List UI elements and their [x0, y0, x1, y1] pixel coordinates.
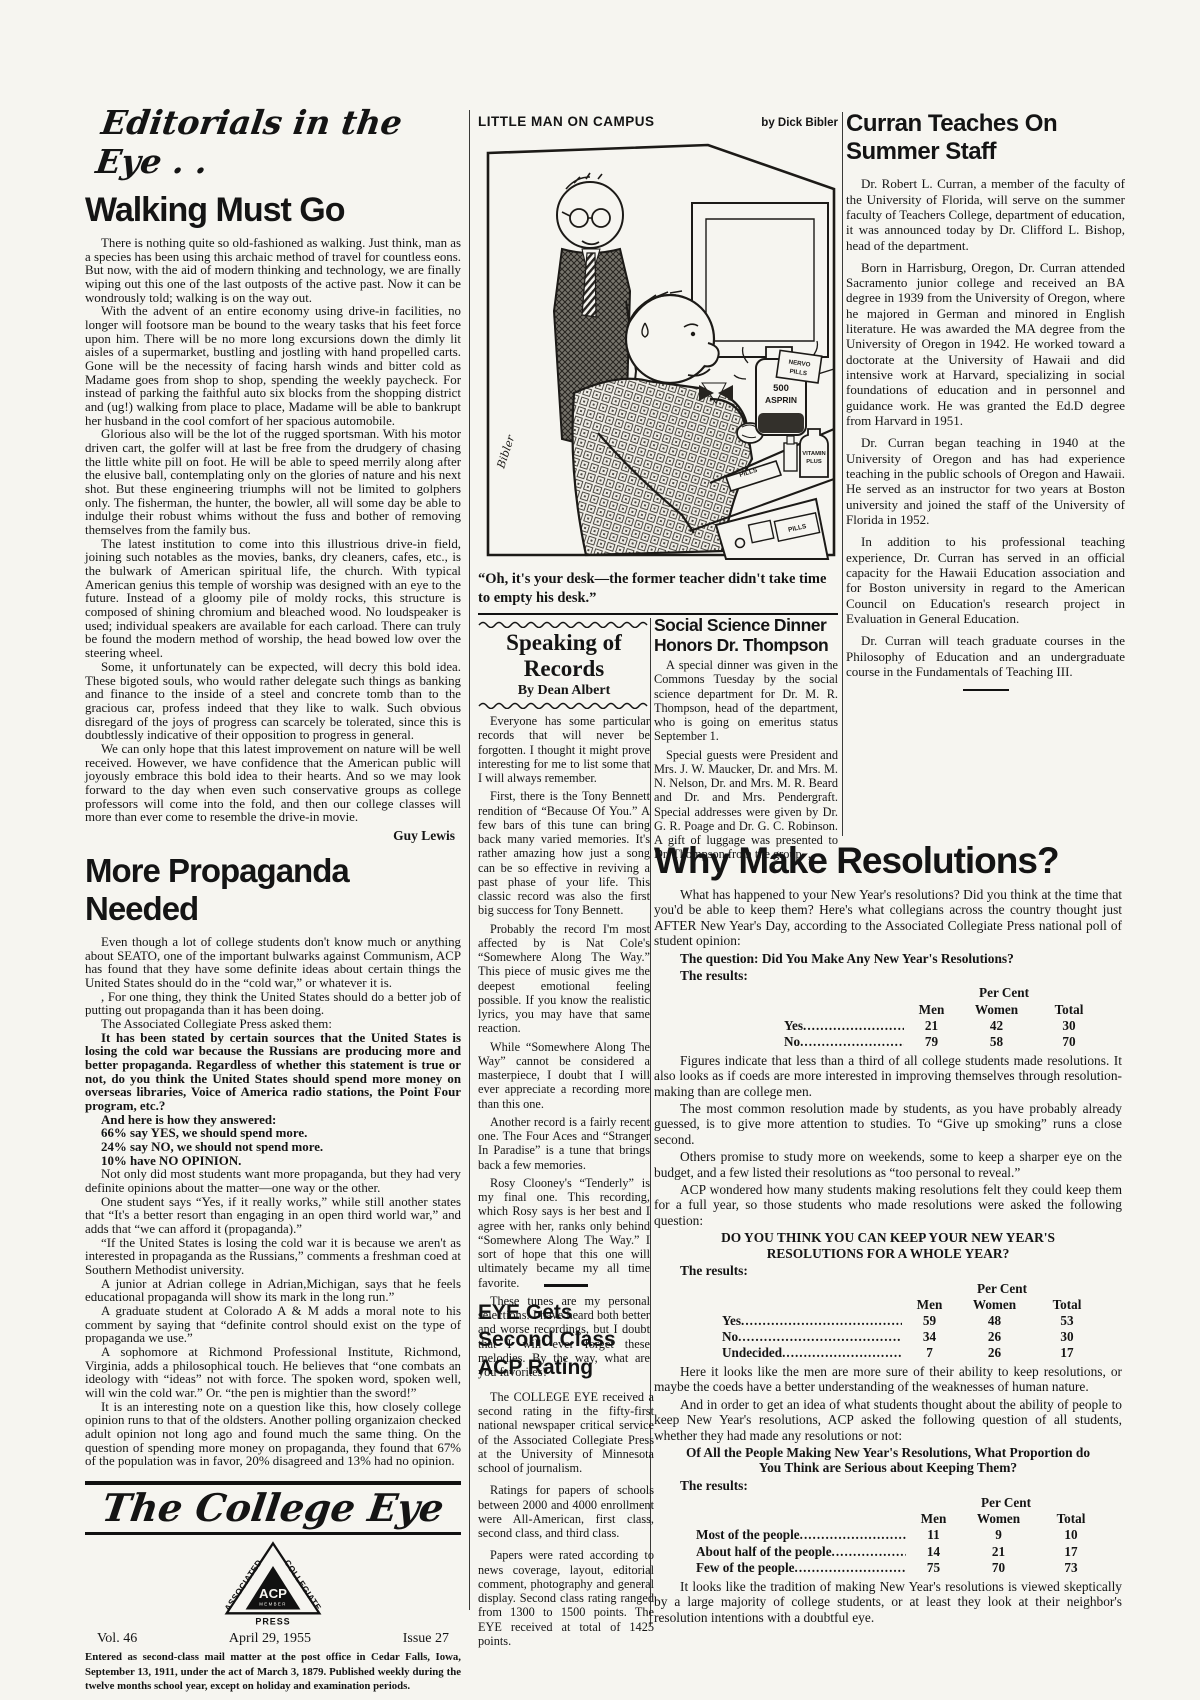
- paragraph: Some, it unfortunately can be expected, …: [85, 661, 461, 743]
- aspirin-name-label: ASPRIN: [765, 395, 797, 405]
- paragraph: With the advent of an entire economy usi…: [85, 305, 461, 428]
- table-row-label: Undecided: [722, 1345, 902, 1361]
- paragraph: 10% have NO OPINION.: [85, 1155, 461, 1169]
- leader-dots: [803, 1018, 904, 1034]
- table-cell-men: 59: [902, 1313, 957, 1329]
- vitamin-label-2: PLUS: [806, 459, 822, 465]
- table-cell-total: 73: [1036, 1560, 1106, 1576]
- paragraph: Here it looks like the men are more sure…: [654, 1364, 1122, 1395]
- masthead-fine-print: Entered as second-class mail matter at t…: [85, 1650, 461, 1694]
- propaganda-headline: More Propaganda Needed: [85, 852, 461, 928]
- editorial-column: Editorials in the Eye . . Walking Must G…: [85, 103, 461, 1700]
- results-label-1: The results:: [654, 968, 1122, 983]
- resolutions-intro: What has happened to your New Year's res…: [654, 887, 1122, 949]
- paragraph: First, there is the Tony Bennett renditi…: [478, 789, 650, 917]
- cartoon-drawing: Bibler: [478, 131, 838, 561]
- records-column: Speaking of Records By Dean Albert Every…: [478, 620, 650, 1383]
- table-cell-women: 42: [959, 1018, 1034, 1034]
- table-cell-total: 53: [1032, 1313, 1102, 1329]
- paragraph: Another record is a fairly recent one. T…: [478, 1115, 650, 1172]
- paragraph: Glorious also will be the lot of the rug…: [85, 428, 461, 537]
- paragraph: Everyone has some particular records tha…: [478, 714, 650, 785]
- aspirin-count-label: 500: [773, 383, 789, 394]
- paragraph: It has been stated by certain sources th…: [85, 1032, 461, 1114]
- curran-article-body: Dr. Robert L. Curran, a member of the fa…: [846, 176, 1125, 679]
- column-header-total: Total: [1034, 1002, 1104, 1018]
- article-end-rule: [963, 689, 1009, 691]
- curran-headline: Curran Teaches On Summer Staff: [846, 110, 1125, 165]
- leader-dots: [832, 1544, 906, 1560]
- paragraph: While “Somewhere Along The Way” cannot b…: [478, 1040, 650, 1111]
- table-cell-women: 70: [961, 1560, 1036, 1576]
- propaganda-article-body: Even though a lot of college students do…: [85, 936, 461, 1469]
- poll-table-2: Per Cent Men Women Total Yes 59 48 53 No…: [722, 1281, 1122, 1361]
- volume-number: Vol. 46: [97, 1631, 137, 1647]
- paragraph: The most common resolution made by stude…: [654, 1101, 1122, 1147]
- table-cell-total: 30: [1032, 1329, 1102, 1345]
- table-cell-total: 10: [1036, 1527, 1106, 1543]
- table-row-label: Yes: [722, 1313, 902, 1329]
- paragraph: 66% say YES, we should spend more.: [85, 1127, 461, 1141]
- paragraph: A special dinner was given in the Common…: [654, 658, 838, 744]
- leader-dots: [741, 1313, 902, 1329]
- table-cell-women: 58: [959, 1034, 1034, 1050]
- table-row-label: Yes: [784, 1018, 904, 1034]
- vitamin-label-1: VITAMIN: [802, 451, 825, 457]
- table-cell-women: 9: [961, 1527, 1036, 1543]
- records-headline: Speaking of Records: [478, 630, 650, 682]
- paragraph: Papers were rated according to news cove…: [478, 1548, 654, 1648]
- paragraph: 24% say NO, we should not spend more.: [85, 1141, 461, 1155]
- cartoon-byline: by Dick Bibler: [761, 117, 838, 129]
- leader-dots: [800, 1034, 904, 1050]
- column-rule-right: [842, 112, 843, 836]
- cartoon-title: LITTLE MAN ON CAMPUS: [478, 114, 655, 129]
- paragraph: Rosy Clooney's “Tenderly” is my final on…: [478, 1176, 650, 1290]
- eye-rating-article-body: The COLLEGE EYE received a second rating…: [478, 1390, 654, 1648]
- column-header-men: Men: [906, 1511, 961, 1527]
- poll-question-3: Of All the People Making New Year's Reso…: [654, 1445, 1122, 1476]
- paragraph: Probably the record I'm most affected by…: [478, 922, 650, 1036]
- acp-logo-press-text: PRESS: [255, 1617, 290, 1627]
- table-row-label: No: [722, 1329, 902, 1345]
- eye-rating-headline: EYE Gets Second Class ACP Rating: [478, 1299, 654, 1381]
- table-cell-women: 48: [957, 1313, 1032, 1329]
- table-cell-women: 26: [957, 1329, 1032, 1345]
- paragraph: Born in Harrisburg, Oregon, Dr. Curran a…: [846, 260, 1125, 429]
- paragraph: We can only hope that this latest improv…: [85, 743, 461, 825]
- column-header-total: Total: [1032, 1297, 1102, 1313]
- records-article-body: Everyone has some particular records tha…: [478, 714, 650, 1379]
- curran-column: Curran Teaches On Summer Staff Dr. Rober…: [846, 110, 1125, 691]
- social-column: Social Science Dinner Honors Dr. Thompso…: [654, 616, 838, 866]
- wavy-rule-top: [478, 621, 650, 628]
- paragraph: The Associated Collegiate Press asked th…: [85, 1018, 461, 1032]
- table-row-label: No: [784, 1034, 904, 1050]
- poll-table-3: Per Cent Men Women Total Most of the peo…: [696, 1495, 1122, 1575]
- table-cell-men: 21: [904, 1018, 959, 1034]
- article-separator-rule: [544, 1284, 588, 1287]
- table-cell-men: 75: [906, 1560, 961, 1576]
- paragraph: A graduate student at Colorado A & M add…: [85, 1305, 461, 1346]
- paragraph: Dr. Curran will teach graduate courses i…: [846, 633, 1125, 679]
- table-cell-women: 26: [957, 1345, 1032, 1361]
- table-cell-total: 17: [1036, 1544, 1106, 1560]
- paragraph: The latest institution to come into this…: [85, 538, 461, 661]
- table-row-label: Few of the people: [696, 1560, 906, 1576]
- paragraph: Even though a lot of college students do…: [85, 936, 461, 991]
- paragraph: ACP wondered how many students making re…: [654, 1182, 1122, 1228]
- results-label-2: The results:: [654, 1263, 1122, 1278]
- paragraph: In addition to his professional teaching…: [846, 534, 1125, 626]
- poll-question-1: The question: Did You Make Any New Year'…: [654, 951, 1122, 966]
- paragraph: And in order to get an idea of what stud…: [654, 1397, 1122, 1443]
- resolutions-post-paragraphs: Here it looks like the men are more sure…: [654, 1364, 1122, 1443]
- poll-table-1: Per Cent Men Women Total Yes 21 42 30 No…: [784, 985, 1122, 1049]
- table-cell-men: 34: [902, 1329, 957, 1345]
- editorials-script-header: Editorials in the Eye . .: [94, 103, 467, 181]
- table-cell-men: 7: [902, 1345, 957, 1361]
- table-cell-women: 21: [961, 1544, 1036, 1560]
- acp-press-logo: ASSOCIATED COLLEGIATE ACP MEMBER PRESS: [221, 1539, 325, 1629]
- resolutions-block: Why Make Resolutions? What has happened …: [654, 840, 1122, 1627]
- walking-byline: Guy Lewis: [85, 828, 455, 844]
- social-article-body: A special dinner was given in the Common…: [654, 658, 838, 862]
- paragraph: , For one thing, they think the United S…: [85, 991, 461, 1018]
- resolutions-headline: Why Make Resolutions?: [654, 840, 1122, 882]
- table-cell-men: 11: [906, 1527, 961, 1543]
- column-header-total: Total: [1036, 1511, 1106, 1527]
- cartoon-signature: Bibler: [494, 433, 517, 471]
- walking-headline: Walking Must Go: [85, 191, 461, 230]
- table-cell-men: 79: [904, 1034, 959, 1050]
- resolutions-closing: It looks like the tradition of making Ne…: [654, 1579, 1122, 1625]
- wavy-rule-bottom: [478, 702, 650, 709]
- leader-dots: [738, 1329, 902, 1345]
- percent-header: Per Cent: [904, 985, 1104, 1001]
- paragraph: Not only did most students want more pro…: [85, 1168, 461, 1195]
- paragraph: A junior at Adrian college in Adrian,Mic…: [85, 1278, 461, 1305]
- acp-logo-member-text: MEMBER: [259, 1602, 287, 1607]
- paragraph: Dr. Curran began teaching in 1940 at the…: [846, 435, 1125, 527]
- table-cell-total: 30: [1034, 1018, 1104, 1034]
- paragraph: One student says “Yes, if it really work…: [85, 1196, 461, 1237]
- paragraph: Dr. Robert L. Curran, a member of the fa…: [846, 176, 1125, 253]
- paragraph: The COLLEGE EYE received a second rating…: [478, 1390, 654, 1476]
- paragraph: Figures indicate that less than a third …: [654, 1053, 1122, 1099]
- percent-header: Per Cent: [902, 1281, 1102, 1297]
- walking-article-body: There is nothing quite so old-fashioned …: [85, 237, 461, 825]
- column-header-women: Women: [957, 1297, 1032, 1313]
- paragraph: There is nothing quite so old-fashioned …: [85, 237, 461, 305]
- leader-dots: [782, 1345, 902, 1361]
- issue-number: Issue 27: [403, 1631, 449, 1647]
- table-cell-total: 17: [1032, 1345, 1102, 1361]
- cartoon-block: LITTLE MAN ON CAMPUS by Dick Bibler: [478, 114, 838, 615]
- eye-rating-column: EYE Gets Second Class ACP Rating The COL…: [478, 1284, 654, 1656]
- paragraph: Others promise to study more on weekends…: [654, 1149, 1122, 1180]
- column-rule-left: [469, 110, 470, 1610]
- poll-question-2: DO YOU THINK YOU CAN KEEP YOUR NEW YEAR'…: [654, 1230, 1122, 1261]
- masthead-title-rule: [85, 1532, 461, 1535]
- table-row-label: Most of the people: [696, 1527, 906, 1543]
- masthead-title: The College Eye: [82, 1488, 464, 1528]
- column-header-men: Men: [902, 1297, 957, 1313]
- column-header-men: Men: [904, 1002, 959, 1018]
- results-label-3: The results:: [654, 1478, 1122, 1493]
- leader-dots: [800, 1527, 906, 1543]
- leader-dots: [795, 1560, 906, 1576]
- paragraph: It is an interesting note on a question …: [85, 1401, 461, 1469]
- table-cell-men: 14: [906, 1544, 961, 1560]
- acp-logo-center-text: ACP: [259, 1586, 287, 1601]
- newspaper-page: Editorials in the Eye . . Walking Must G…: [0, 0, 1200, 1700]
- column-header-women: Women: [959, 1002, 1034, 1018]
- table-row-label: About half of the people: [696, 1544, 906, 1560]
- table-cell-total: 70: [1034, 1034, 1104, 1050]
- percent-header: Per Cent: [906, 1495, 1106, 1511]
- masthead-volume-line: Vol. 46 April 29, 1955 Issue 27: [85, 1631, 461, 1647]
- paragraph: Ratings for papers of schools between 20…: [478, 1483, 654, 1540]
- masthead: The College Eye ASSOCIATED COLLEGIATE AC…: [85, 1481, 461, 1700]
- paragraph: And here is how they answered:: [85, 1114, 461, 1128]
- cartoon-caption: “Oh, it's your desk—the former teacher d…: [478, 570, 838, 608]
- paragraph: “If the United States is losing the cold…: [85, 1237, 461, 1278]
- issue-date: April 29, 1955: [229, 1631, 311, 1647]
- records-byline: By Dean Albert: [478, 683, 650, 699]
- column-header-women: Women: [961, 1511, 1036, 1527]
- paragraph: A sophomore at Richmond Professional Ins…: [85, 1346, 461, 1401]
- resolutions-mid-paragraphs: Figures indicate that less than a third …: [654, 1053, 1122, 1228]
- social-headline: Social Science Dinner Honors Dr. Thompso…: [654, 616, 838, 655]
